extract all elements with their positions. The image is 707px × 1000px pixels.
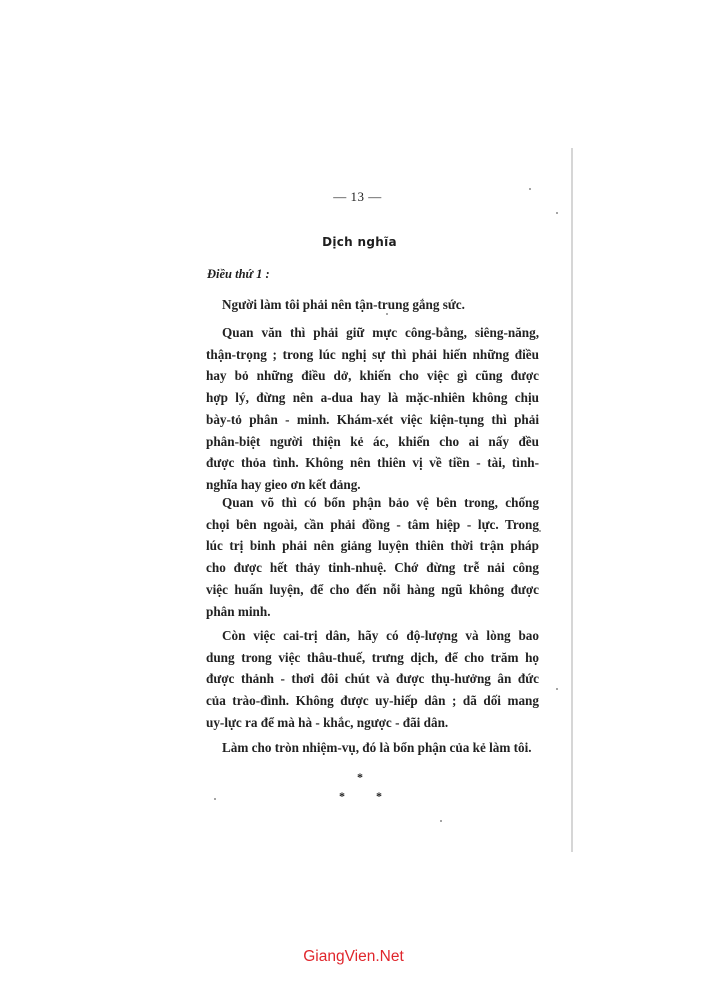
text-line: Quan văn thì phải giữ mực công-bằng, siê… xyxy=(222,325,539,343)
scan-speck xyxy=(539,530,541,532)
scan-speck xyxy=(529,188,531,190)
ornament-star: * xyxy=(376,789,382,804)
article-label: Điều thứ 1 : xyxy=(207,267,270,282)
text-line: hợp lý, đừng nên a-dua hay là mặc-nhiên … xyxy=(206,390,539,408)
text-line: thận-trọng ; trong lúc nghị sự thì phải … xyxy=(206,347,539,365)
text-line: lúc trị binh phải nên giảng luyện thiên … xyxy=(206,538,539,556)
text-line: Người làm tôi phải nên tận-trung gắng sứ… xyxy=(222,297,465,313)
ornament-star: * xyxy=(339,789,345,804)
section-heading: Dịch nghĩa xyxy=(0,235,707,249)
text-line: Quan võ thì có bổn phận bảo vệ bên trong… xyxy=(222,495,539,513)
text-line: phân-biệt người thiện kẻ ác, khiến cho a… xyxy=(206,434,539,452)
text-line: dung trong việc thâu-thuế, trưng dịch, đ… xyxy=(206,650,539,668)
text-line: bày-tỏ phân - minh. Khám-xét việc kiện-t… xyxy=(206,412,539,430)
scan-speck xyxy=(556,688,558,690)
text-line: cho được hết thảy tinh-nhuệ. Chớ đừng tr… xyxy=(206,560,539,578)
text-line: được thảnh - thơi đôi chút và được thụ-h… xyxy=(206,671,539,689)
text-line: được thỏa tình. Không nên thiên vị về ti… xyxy=(206,455,539,473)
text-line: chọi bên ngoài, cần phải đồng - tâm hiệp… xyxy=(206,517,539,535)
scan-speck xyxy=(386,313,388,315)
text-line: của trào-đình. Không được uy-hiếp dân ; … xyxy=(206,693,539,711)
ornament-star: * xyxy=(357,770,363,785)
watermark: GiangVien.Net xyxy=(0,948,707,966)
scan-speck xyxy=(214,798,216,800)
text-line: Làm cho tròn nhiệm-vụ, đó là bổn phận củ… xyxy=(222,740,532,756)
text-line: phân minh. xyxy=(206,604,271,620)
text-line: hay bỏ những điều dở, khiến cho việc gì … xyxy=(206,368,539,386)
text-line: việc huấn luyện, để cho đến nỗi hàng ngũ… xyxy=(206,582,539,600)
text-line: uy-lực ra để mà hà - khắc, ngược - đãi d… xyxy=(206,715,448,731)
page-edge-line xyxy=(571,148,573,852)
scan-speck xyxy=(556,212,558,214)
text-line: nghĩa hay gieo ơn kết đảng. xyxy=(206,477,361,493)
scan-speck xyxy=(440,820,442,822)
text-line: Còn việc cai-trị dân, hãy có độ-lượng và… xyxy=(222,628,539,646)
page-number: — 13 — xyxy=(0,189,707,205)
